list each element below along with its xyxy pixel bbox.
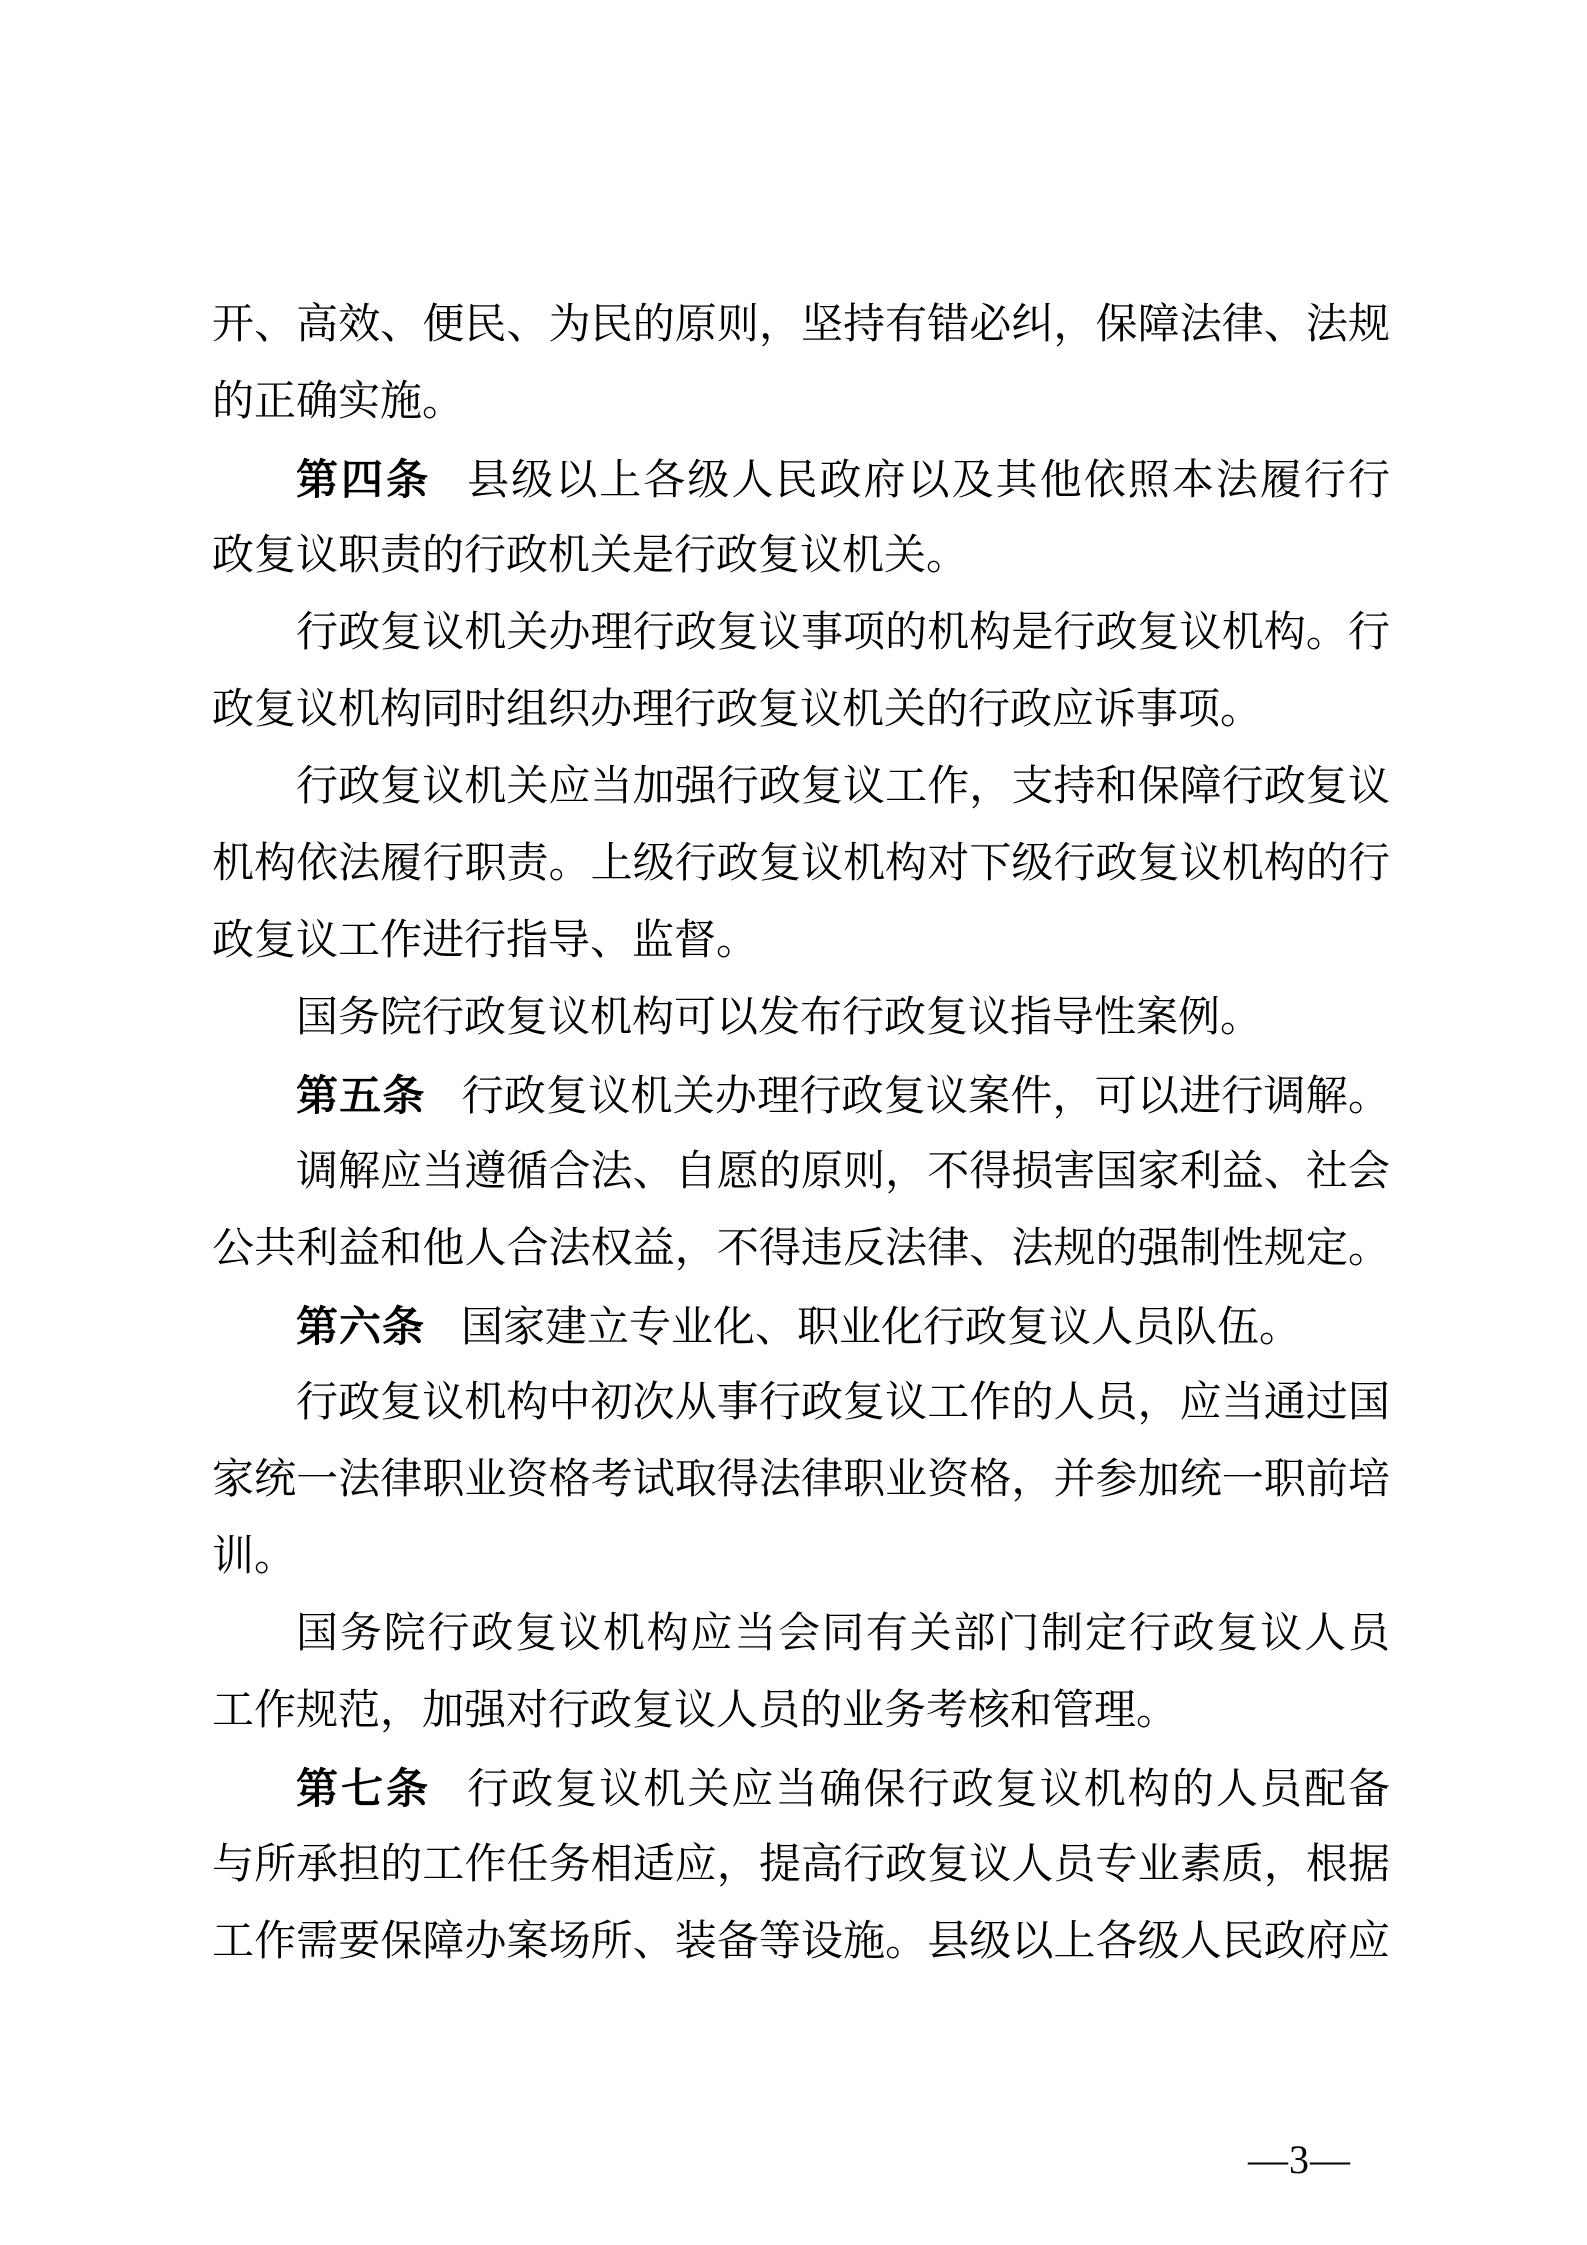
text-line: 行政复议机关办理行政复议事项的机构是行政复议机构。行 — [212, 595, 1390, 672]
text-line: 国务院行政复议机构应当会同有关部门制定行政复议人员 — [212, 1596, 1390, 1673]
line-text: 训。 — [212, 1534, 296, 1580]
article-number-label: 第七条 — [296, 1765, 431, 1812]
text-line: 第七条行政复议机关应当确保行政复议机构的人员配备 — [212, 1750, 1390, 1827]
article-number-label: 第五条 — [296, 1072, 426, 1119]
line-text: 政复议机构同时组织办理行政复议机关的行政应诉事项。 — [212, 687, 1262, 733]
line-text: 与所承担的工作任务相适应，提高行政复议人员专业素质，根据 — [212, 1842, 1390, 1888]
text-line: 行政复议机构中初次从事行政复议工作的人员，应当通过国 — [212, 1365, 1390, 1442]
page-number: —3— — [1248, 2136, 1351, 2184]
document-body: 开、高效、便民、为民的原则，坚持有错必纠，保障法律、法规的正确实施。第四条县级以… — [212, 287, 1390, 1981]
text-line: 政复议工作进行指导、监督。 — [212, 903, 1390, 980]
line-text: 行政复议机关应当加强行政复议工作，支持和保障行政复议 — [296, 764, 1390, 810]
line-text: 的正确实施。 — [212, 379, 464, 425]
line-text: 家统一法律职业资格考试取得法律职业资格，并参加统一职前培 — [212, 1457, 1390, 1503]
document-page: 开、高效、便民、为民的原则，坚持有错必纠，保障法律、法规的正确实施。第四条县级以… — [0, 0, 1587, 2245]
text-line: 开、高效、便民、为民的原则，坚持有错必纠，保障法律、法规 — [212, 287, 1390, 364]
line-text: 县级以上各级人民政府以及其他依照本法履行行 — [467, 458, 1390, 504]
text-line: 机构依法履行职责。上级行政复议机构对下级行政复议机构的行 — [212, 826, 1390, 903]
text-line: 调解应当遵循合法、自愿的原则，不得损害国家利益、社会 — [212, 1134, 1390, 1211]
text-line: 训。 — [212, 1519, 1390, 1596]
text-line: 工作需要保障办案场所、装备等设施。县级以上各级人民政府应 — [212, 1904, 1390, 1981]
article-number-label: 第六条 — [296, 1303, 425, 1350]
line-text: 政复议工作进行指导、监督。 — [212, 918, 758, 964]
text-line: 行政复议机关应当加强行政复议工作，支持和保障行政复议 — [212, 749, 1390, 826]
text-line: 政复议职责的行政机关是行政复议机关。 — [212, 518, 1390, 595]
text-line: 的正确实施。 — [212, 364, 1390, 441]
text-line: 第四条县级以上各级人民政府以及其他依照本法履行行 — [212, 441, 1390, 518]
text-line: 第五条行政复议机关办理行政复议案件，可以进行调解。 — [212, 1057, 1390, 1134]
text-line: 与所承担的工作任务相适应，提高行政复议人员专业素质，根据 — [212, 1827, 1390, 1904]
line-text: 行政复议机构中初次从事行政复议工作的人员，应当通过国 — [296, 1380, 1390, 1426]
text-line: 工作规范，加强对行政复议人员的业务考核和管理。 — [212, 1673, 1390, 1750]
text-line: 公共利益和他人合法权益，不得违反法律、法规的强制性规定。 — [212, 1211, 1390, 1288]
line-text: 行政复议机关办理行政复议事项的机构是行政复议机构。行 — [296, 610, 1390, 656]
line-text: 调解应当遵循合法、自愿的原则，不得损害国家利益、社会 — [296, 1149, 1390, 1195]
line-text: 国务院行政复议机构可以发布行政复议指导性案例。 — [296, 995, 1262, 1041]
article-number-label: 第四条 — [296, 456, 431, 503]
line-text: 开、高效、便民、为民的原则，坚持有错必纠，保障法律、法规 — [212, 302, 1390, 348]
line-text: 公共利益和他人合法权益，不得违反法律、法规的强制性规定。 — [212, 1226, 1390, 1272]
line-text: 行政复议机关应当确保行政复议机构的人员配备 — [467, 1767, 1390, 1813]
text-line: 国务院行政复议机构可以发布行政复议指导性案例。 — [212, 980, 1390, 1057]
line-text: 国家建立专业化、职业化行政复议人员队伍。 — [461, 1305, 1301, 1351]
text-line: 第六条国家建立专业化、职业化行政复议人员队伍。 — [212, 1288, 1390, 1365]
line-text: 国务院行政复议机构应当会同有关部门制定行政复议人员 — [296, 1611, 1390, 1657]
line-text: 工作规范，加强对行政复议人员的业务考核和管理。 — [212, 1688, 1178, 1734]
line-text: 机构依法履行职责。上级行政复议机构对下级行政复议机构的行 — [212, 841, 1390, 887]
text-line: 家统一法律职业资格考试取得法律职业资格，并参加统一职前培 — [212, 1442, 1390, 1519]
text-line: 政复议机构同时组织办理行政复议机关的行政应诉事项。 — [212, 672, 1390, 749]
line-text: 行政复议机关办理行政复议案件，可以进行调解。 — [462, 1074, 1390, 1120]
line-text: 工作需要保障办案场所、装备等设施。县级以上各级人民政府应 — [212, 1919, 1390, 1965]
line-text: 政复议职责的行政机关是行政复议机关。 — [212, 533, 968, 579]
